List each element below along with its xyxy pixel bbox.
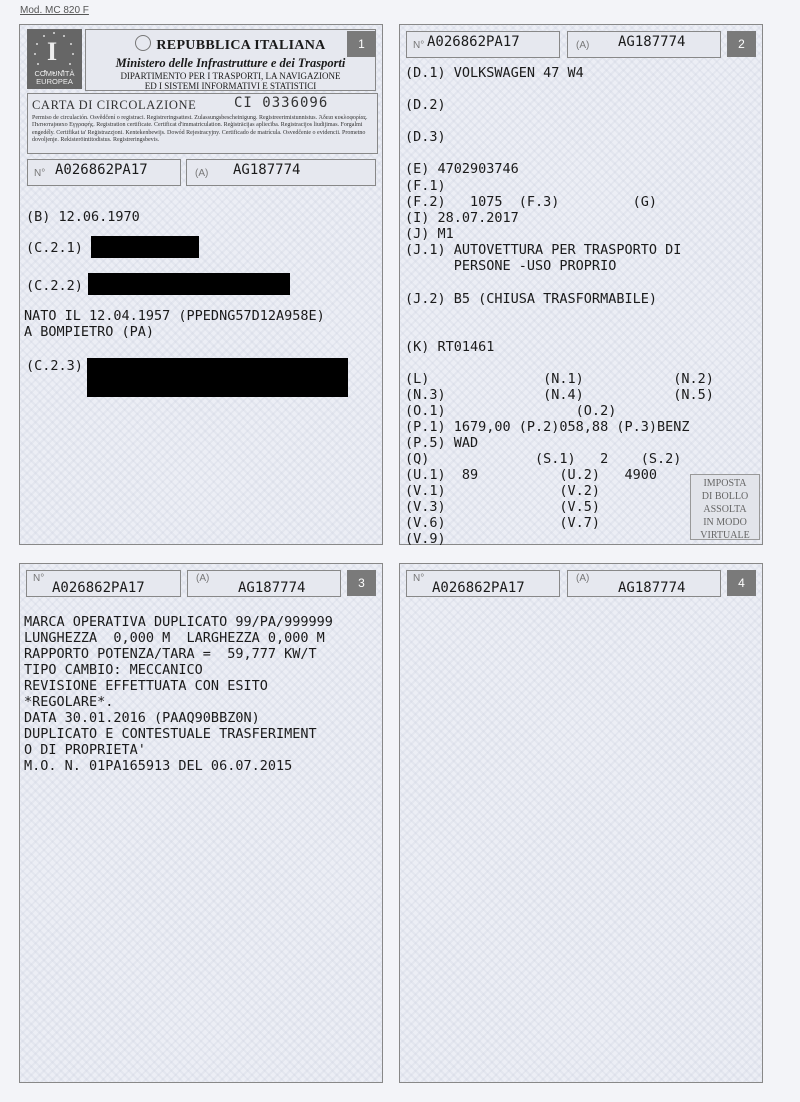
a-box: (A) AG187774 (187, 570, 341, 597)
vehicle-field-line: (J.1) AUTOVETTURA PER TRASPORTO DI (405, 242, 681, 258)
note-line: DUPLICATO E CONTESTUALE TRASFERIMENT (24, 726, 317, 742)
vehicle-field-line: (Q) (S.1) 2 (S.2) (405, 451, 681, 467)
vehicle-field-line: (N.3) (N.4) (N.5) (405, 387, 714, 403)
a-value: AG187774 (618, 580, 685, 596)
note-line: RAPPORTO POTENZA/TARA = 59,777 KW/T (24, 646, 317, 662)
a-label: (A) (195, 168, 208, 179)
vehicle-field-line: (P.5) WAD (405, 435, 478, 451)
number-prefix: N° (34, 168, 45, 179)
stamp-line: IMPOSTA (691, 477, 759, 490)
stamp-line: VIRTUALE (691, 529, 759, 542)
a-value: AG187774 (238, 580, 305, 596)
note-line: TIPO CAMBIO: MECCANICO (24, 662, 203, 678)
number-prefix: N° (413, 573, 424, 584)
note-line: LUNGHEZZA 0,000 M LARGHEZZA 0,000 M (24, 630, 325, 646)
a-label: (A) (196, 573, 209, 584)
field-c23-label: (C.2.3) (26, 358, 83, 374)
department-line-2: ED I SISTEMI INFORMATIVI E STATISTICI (86, 81, 375, 91)
ministry-name: Ministero delle Infrastrutture e dei Tra… (86, 56, 375, 71)
multilingual-text: Permiso de circulación. Osvědčení o regi… (32, 115, 373, 144)
a-box: (A) AG187774 (567, 31, 721, 58)
vehicle-field-line: (U.1) 89 (U.2) 4900 (405, 467, 657, 483)
eu-letter: I (47, 37, 57, 67)
redaction-c23 (87, 358, 348, 397)
vehicle-field-line: (F.1) (405, 178, 446, 194)
panel-2: N° A026862PA17 (A) AG187774 2 (D.1) VOLK… (399, 24, 763, 545)
stamp-line: ASSOLTA (691, 503, 759, 516)
stamp-line: IN MODO (691, 516, 759, 529)
field-c21-label: (C.2.1) (26, 240, 83, 256)
panel-number: 1 (347, 31, 376, 57)
panel-3: N° A026862PA17 (A) AG187774 3 MARCA OPER… (19, 563, 383, 1083)
republic-title: REPUBBLICA ITALIANA (156, 38, 325, 53)
panel-number: 2 (727, 31, 756, 57)
document-title: CARTA DI CIRCOLAZIONE (32, 98, 196, 113)
vehicle-field-line: PERSONE -USO PROPRIO (405, 258, 616, 274)
vehicle-field-line: (D.3) (405, 129, 446, 145)
number-prefix: N° (413, 40, 424, 51)
redaction-c21 (91, 236, 199, 258)
vehicle-field-line: (D.1) VOLKSWAGEN 47 W4 (405, 65, 584, 81)
vehicle-field-line: (I) 28.07.2017 (405, 210, 519, 226)
vehicle-field-line: (K) RT01461 (405, 339, 494, 355)
number-value: A026862PA17 (55, 162, 148, 178)
a-label: (A) (576, 40, 589, 51)
number-prefix: N° (33, 573, 44, 584)
vehicle-field-line: (L) (N.1) (N.2) (405, 371, 714, 387)
vehicle-field-line: (V.9) (405, 531, 446, 547)
number-box: N° A026862PA17 (26, 570, 181, 597)
stamp-line: DI BOLLO (691, 490, 759, 503)
vehicle-field-line: (F.2) 1075 (F.3) (G) (405, 194, 657, 210)
panel-4: N° A026862PA17 (A) AG187774 4 (399, 563, 763, 1083)
vehicle-field-line: (J.2) B5 (CHIUSA TRASFORMABILE) (405, 291, 657, 307)
note-line: REVISIONE EFFETTUATA CON ESITO (24, 678, 268, 694)
eu-label-2: EUROPEA (27, 78, 82, 86)
tax-stamp: IMPOSTADI BOLLOASSOLTAIN MODOVIRTUALE (690, 474, 760, 540)
panel-1: I COMUNITÀEUROPEA REPUBBLICA ITALIANA Mi… (19, 24, 383, 545)
a-box: (A) AG187774 (186, 159, 376, 186)
place-line: A BOMPIETRO (PA) (24, 324, 154, 340)
note-line: M.O. N. 01PA165913 DEL 06.07.2015 (24, 758, 292, 774)
vehicle-field-line: (V.1) (V.2) (405, 483, 600, 499)
number-box: N° A026862PA17 (406, 31, 560, 58)
note-line: O DI PROPRIETA' (24, 742, 146, 758)
number-value: A026862PA17 (432, 580, 525, 596)
document-title-box: CARTA DI CIRCOLAZIONE CI 0336096 Permiso… (27, 93, 378, 154)
field-c22-label: (C.2.2) (26, 278, 83, 294)
number-box: N° A026862PA17 (406, 570, 560, 597)
a-value: AG187774 (233, 162, 300, 178)
note-line: MARCA OPERATIVA DUPLICATO 99/PA/999999 (24, 614, 333, 630)
document-number: CI 0336096 (234, 95, 328, 111)
a-value: AG187774 (618, 34, 685, 50)
vehicle-field-line: (D.2) (405, 97, 446, 113)
model-label: Mod. MC 820 F (20, 5, 89, 16)
panel-number: 3 (347, 570, 376, 596)
vehicle-field-line: (J) M1 (405, 226, 454, 242)
panel-number: 4 (727, 570, 756, 596)
a-box: (A) AG187774 (567, 570, 721, 597)
number-value: A026862PA17 (52, 580, 145, 596)
number-box: N° A026862PA17 (27, 159, 181, 186)
department-line-1: DIPARTIMENTO PER I TRASPORTI, LA NAVIGAZ… (86, 71, 375, 81)
redaction-c22 (88, 273, 290, 295)
a-label: (A) (576, 573, 589, 584)
born-line: NATO IL 12.04.1957 (PPEDNG57D12A958E) (24, 308, 325, 324)
eu-emblem: I COMUNITÀEUROPEA (27, 29, 82, 89)
note-line: *REGOLARE*. (24, 694, 113, 710)
vehicle-field-line: (O.1) (O.2) (405, 403, 616, 419)
note-line: DATA 30.01.2016 (PAAQ90BBZ0N) (24, 710, 260, 726)
ministry-header: REPUBBLICA ITALIANA Ministero delle Infr… (85, 29, 376, 91)
vehicle-field-line: (V.6) (V.7) (405, 515, 600, 531)
vehicle-field-line: (P.1) 1679,00 (P.2)058,88 (P.3)BENZ (405, 419, 689, 435)
vehicle-field-line: (V.3) (V.5) (405, 499, 600, 515)
republic-emblem-icon (135, 35, 151, 51)
field-b: (B) 12.06.1970 (26, 209, 140, 225)
number-value: A026862PA17 (427, 34, 520, 50)
vehicle-field-line: (E) 4702903746 (405, 161, 519, 177)
